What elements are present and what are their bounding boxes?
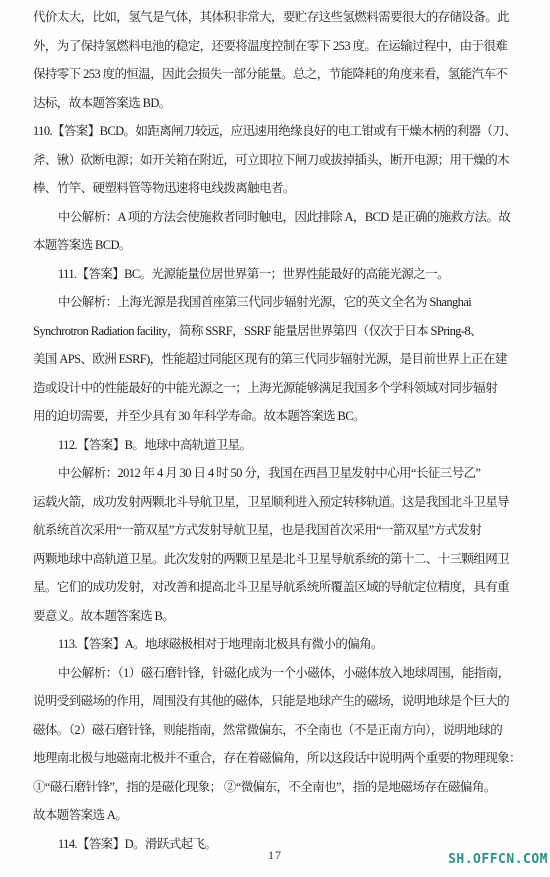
text-line: 星。它们的成功发射，对改善和提高北斗卫星导航系统所覆盖区域的导航定位精度，具有重 (33, 573, 522, 602)
text-line: 中公解析：（1）磁石磨针锋，针磁化成为一个小磁体，小磁体放入地球周围，能指南， (33, 659, 522, 688)
text-line: 造或设计中的性能最好的中能光源之一；上海光源能够满足我国多个学科领域对同步辐射 (33, 374, 522, 403)
text-line: 代价太大，比如，氢气是气体，其体积非常大，要贮存这些氢燃料需要很大的存储设备。此 (33, 3, 522, 32)
text-line: 中公解析：A 项的方法会使施救者同时触电，因此排除 A，BCD 是正确的施救方法… (33, 203, 522, 232)
text-line: 保持零下 253 度的恒温，因此会损失一部分能量。总之，节能降耗的角度来看，氢能… (33, 60, 522, 89)
text-line: 中公解析：2012 年 4 月 30 日 4 时 50 分，我国在西昌卫星发射中… (33, 459, 522, 488)
text-line: 地理南北极与地磁南北极并不重合，存在着磁偏角，所以这段话中说明两个重要的物理现象… (33, 744, 522, 773)
text-line: 斧、锹）砍断电源；如开关箱在附近，可立即拉下闸刀或拔掉插头，断开电源；用干燥的木 (33, 146, 522, 175)
text-line: Synchrotron Radiation facility，简称 SSRF，S… (33, 317, 522, 346)
text-line: 中公解析：上海光源是我国首座第三代同步辐射光源，它的英文全名为 Shanghai (33, 288, 522, 317)
text-line: ①“磁石磨针锋”，指的是磁化现象； ②“微偏东，不全南也”，指的是地磁场存在磁偏… (33, 773, 522, 802)
watermark-offcn: SH.OFFCN.COM (448, 852, 548, 867)
text-line: 故本题答案选 A。 (33, 801, 522, 830)
text-line: 外，为了保持氢燃料电池的稳定，还要将温度控制在零下 253 度。在运输过程中，由… (33, 32, 522, 61)
text-line: 111.【答案】BC。光源能量位居世界第一；世界性能最好的高能光源之一。 (33, 260, 522, 289)
body-text: 代价太大，比如，氢气是气体，其体积非常大，要贮存这些氢燃料需要很大的存储设备。此… (33, 3, 522, 858)
text-line: 113.【答案】A。地球磁极相对于地理南北极具有微小的偏角。 (33, 630, 522, 659)
text-line: 两颗地球中高轨道卫星。此次发射的两颗卫星是北斗卫星导航系统的第十二、十三颗组网卫 (33, 545, 522, 574)
text-line: 运载火箭，成功发射两颗北斗导航卫星，卫星顺利进入预定转移轨道。这是我国北斗卫星导 (33, 488, 522, 517)
text-line: 说明受到磁场的作用，周围没有其他的磁体，只能是地球产生的磁场，说明地球是个巨大的 (33, 687, 522, 716)
text-line: 达标，故本题答案选 BD。 (33, 89, 522, 118)
text-line: 棒、竹竿、硬塑料管等物迅速将电线拨离触电者。 (33, 174, 522, 203)
text-line: 磁体。（2）磁石磨针锋，则能指南，然常微偏东，不全南也（不是正南方向），说明地球… (33, 716, 522, 745)
text-line: 用的迫切需要，并至少具有 30 年科学寿命。故本题答案选 BC。 (33, 402, 522, 431)
document-page: 代价太大，比如，氢气是气体，其体积非常大，要贮存这些氢燃料需要很大的存储设备。此… (0, 0, 550, 877)
text-line: 110.【答案】BCD。如距离闸刀较远，应迅速用绝缘良好的电工钳或有干燥木柄的利… (33, 117, 522, 146)
text-line: 航系统首次采用“一箭双星”方式发射导航卫星，也是我国首次采用“一箭双星”方式发射 (33, 516, 522, 545)
text-line: 要意义。故本题答案选 B。 (33, 602, 522, 631)
text-line: 112.【答案】B。地球中高轨道卫星。 (33, 431, 522, 460)
text-line: 本题答案选 BCD。 (33, 231, 522, 260)
text-line: 美国 APS、欧洲 ESRF)，性能超过同能区现有的第三代同步辐射光源，是目前世… (33, 345, 522, 374)
